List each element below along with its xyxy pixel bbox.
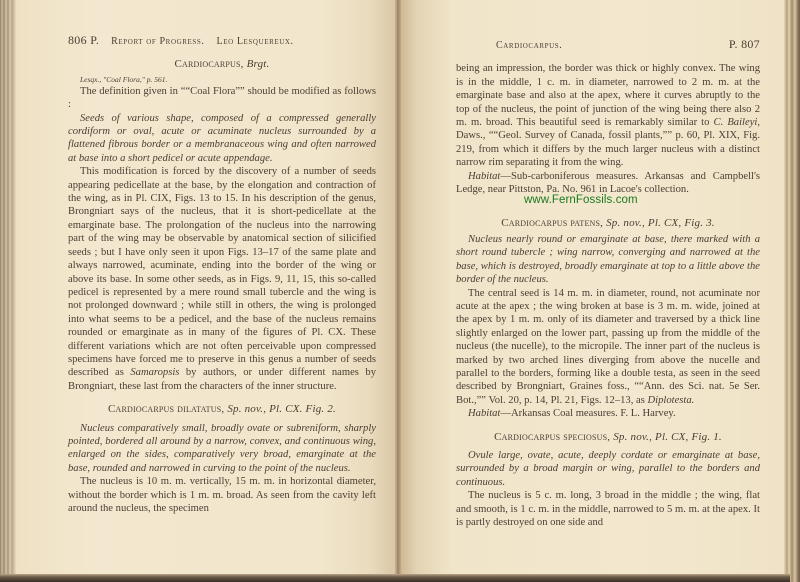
intro-paragraph: The definition given in ““Coal Flora”” s… — [68, 85, 376, 112]
habitat-text: —Sub-carboniferous measures. Arkansas an… — [456, 171, 760, 195]
running-head-report: Report of Progress. — [111, 35, 204, 48]
habitat-label: Habitat — [468, 408, 500, 419]
body-text: The central seed is 14 m. m. in diameter… — [456, 288, 760, 406]
body-paragraph: The nucleus is 10 m. m. vertically, 15 m… — [68, 475, 376, 515]
heading-text: Cardiocarpus speciosus, — [494, 431, 613, 443]
left-running-head: 806 P. Report of Progress. Leo Lesquereu… — [68, 34, 376, 48]
section-heading-speciosus: Cardiocarpus speciosus, Sp. nov., Pl. CX… — [456, 431, 760, 444]
watermark-url: www.FernFossils.com — [524, 194, 638, 206]
running-head-author: Leo Lesquereux. — [217, 35, 294, 48]
section-heading-patens: Cardiocarpus patens, Sp. nov., Pl. CX, F… — [456, 217, 760, 230]
heading-reference: Sp. nov., Pl. CX, Fig. 3. — [606, 217, 715, 229]
body-italic: Samaropsis — [130, 367, 179, 378]
open-book: 806 P. Report of Progress. Leo Lesquereu… — [0, 0, 800, 582]
section-heading-dilatatus: Cardiocarpus dilatatus, Sp. nov., Pl. CX… — [68, 403, 376, 416]
right-page-text: Cardiocarpus. P. 807 being an impression… — [456, 38, 760, 529]
definition-paragraph: Seeds of various shape, composed of a co… — [68, 112, 376, 166]
running-head-genus: Cardiocarpus. — [496, 39, 562, 52]
habitat-text: —Arkansas Coal measures. F. L. Harvey. — [500, 408, 675, 419]
right-page-edges — [784, 0, 800, 582]
heading-author: Brgt. — [247, 58, 270, 70]
left-page-edges — [0, 0, 16, 574]
section-heading-cardiocarpus: Cardiocarpus, Brgt. — [68, 58, 376, 71]
definition-paragraph: Ovule large, ovate, acute, deeply cordat… — [456, 449, 760, 489]
body-paragraph: The nucleus is 5 c. m. long, 3 broad in … — [456, 489, 760, 529]
body-paragraph: The central seed is 14 m. m. in diameter… — [456, 287, 760, 408]
heading-text: Cardiocarpus patens, — [501, 217, 606, 229]
continuation-paragraph: being an impression, the border was thic… — [456, 62, 760, 169]
left-page-text: 806 P. Report of Progress. Leo Lesquereu… — [68, 34, 376, 515]
right-page-number: P. 807 — [729, 38, 760, 51]
habitat-paragraph: Habitat—Arkansas Coal measures. F. L. Ha… — [456, 407, 760, 420]
reference-citation: Lesqx., "Coal Flora," p. 561. — [80, 74, 376, 85]
heading-text: Cardiocarpus dilatatus, — [108, 403, 227, 415]
heading-reference: Sp. nov., Pl. CX. Fig. 2. — [227, 403, 336, 415]
habitat-label: Habitat — [468, 171, 500, 182]
bottom-cover-edge — [0, 574, 790, 582]
body-paragraph: This modification is forced by the disco… — [68, 165, 376, 393]
body-text: This modification is forced by the disco… — [68, 166, 376, 378]
heading-reference: Sp. nov., Pl. CX, Fig. 1. — [613, 431, 722, 443]
definition-paragraph: Nucleus nearly round or emarginate at ba… — [456, 233, 760, 287]
left-page-number: 806 P. — [68, 34, 99, 47]
definition-paragraph: Nucleus comparatively small, broadly ova… — [68, 422, 376, 476]
habitat-paragraph: Habitat—Sub-carboniferous measures. Arka… — [456, 170, 760, 197]
right-running-head: Cardiocarpus. P. 807 — [456, 38, 760, 52]
book-gutter — [395, 0, 401, 582]
body-italic: C. Baileyi — [714, 117, 758, 128]
body-italic: Diplotesta. — [648, 395, 695, 406]
heading-text: Cardiocarpus, — [174, 58, 246, 70]
